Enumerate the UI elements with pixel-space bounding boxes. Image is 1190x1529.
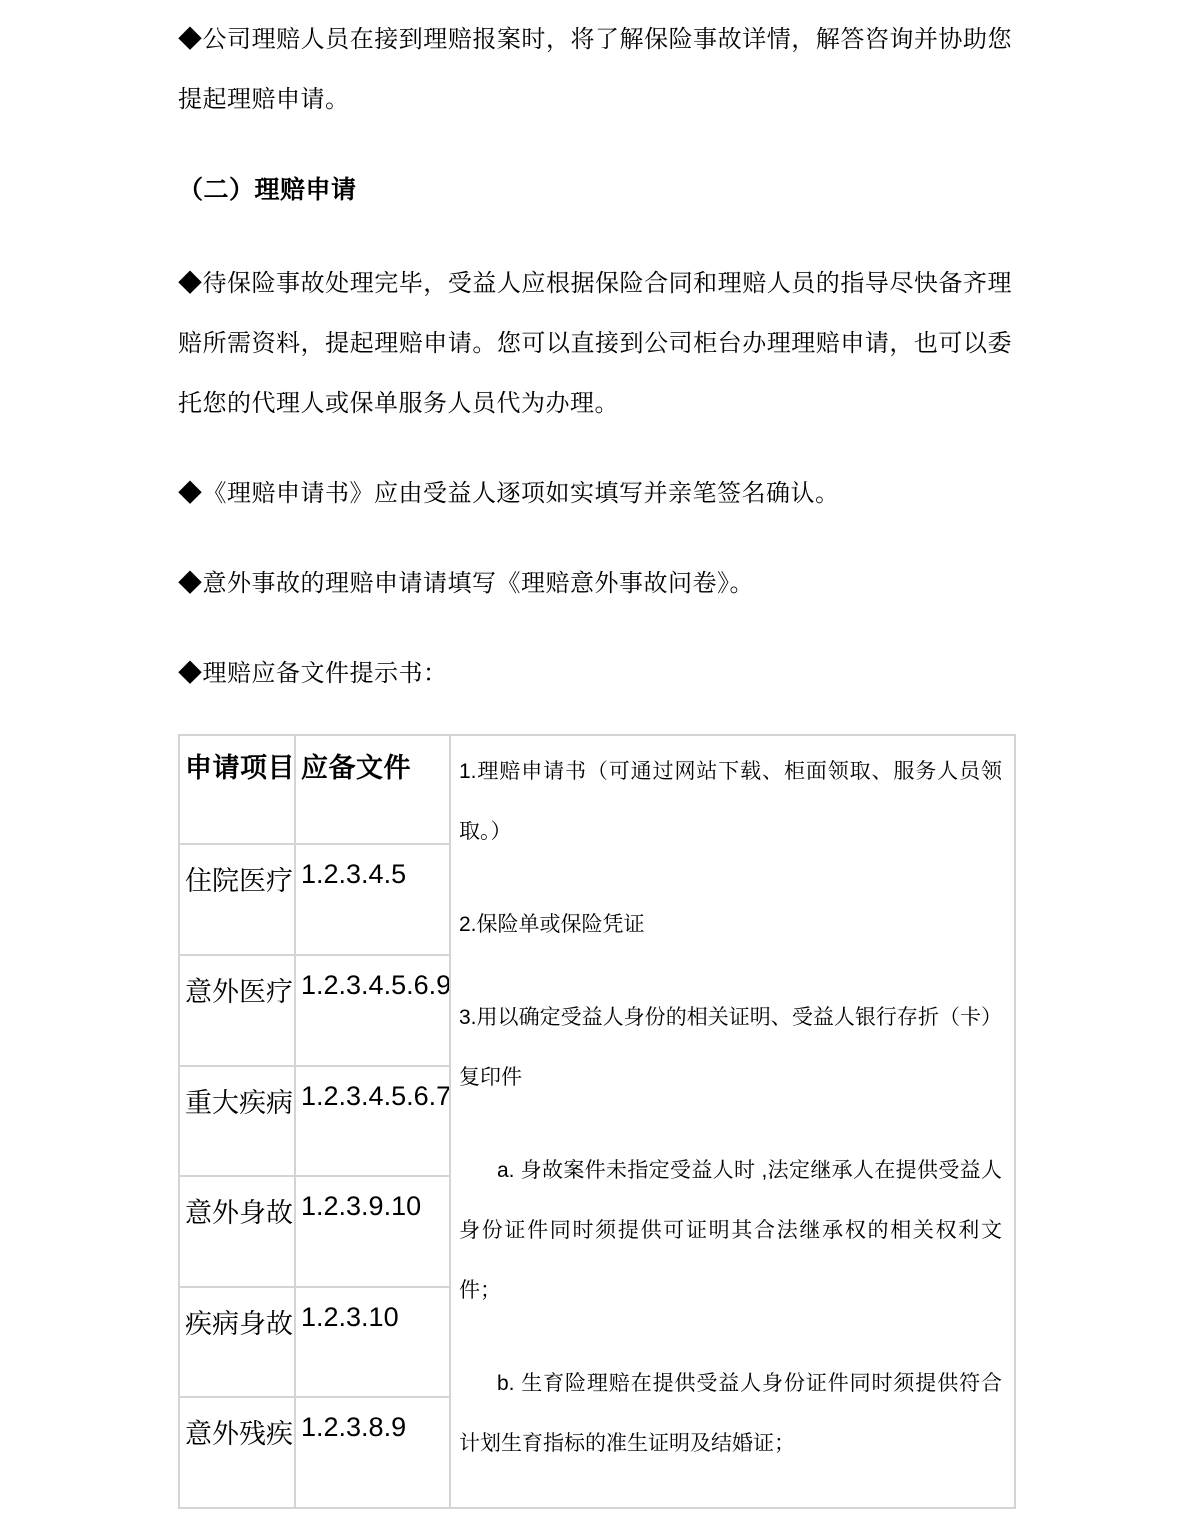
- paragraph-accident-questionnaire: ◆意外事故的理赔申请请填写《理赔意外事故问卷》。: [178, 554, 1012, 614]
- paragraph-claim-preparation: ◆待保险事故处理完毕，受益人应根据保险合同和理赔人员的指导尽快备齐理赔所需资料，…: [178, 254, 1012, 434]
- row-docs-value: 1.2.3.4.5: [295, 844, 450, 955]
- paragraph-claim-report-assist: ◆公司理赔人员在接到理赔报案时，将了解保险事故详情，解答咨询并协助您提起理赔申请…: [178, 10, 1012, 130]
- row-item-label: 意外医疗: [179, 955, 295, 1066]
- note-a-death-case: a. 身故案件未指定受益人时 ,法定继承人在提供受益人身份证件同时须提供可证明其…: [459, 1141, 1002, 1321]
- row-docs-value: 1.2.3.10: [295, 1287, 450, 1398]
- notes-merged-cell: 1.理赔申请书（可通过网站下载、柜面领取、服务人员领取。） 2.保险单或保险凭证…: [450, 735, 1015, 1508]
- row-docs-value: 1.2.3.4.5.6.7: [295, 1066, 450, 1177]
- section-heading-claim-application: （二）理赔申请: [178, 160, 1012, 220]
- column-header-required-documents: 应备文件: [295, 735, 450, 844]
- note-claim-form: 1.理赔申请书（可通过网站下载、柜面领取、服务人员领取。）: [459, 742, 1002, 862]
- note-policy-certificate: 2.保险单或保险凭证: [459, 895, 1002, 955]
- row-item-label: 重大疾病: [179, 1066, 295, 1177]
- document-page: ◆公司理赔人员在接到理赔报案时，将了解保险事故详情，解答咨询并协助您提起理赔申请…: [0, 0, 1190, 1529]
- row-docs-value: 1.2.3.9.10: [295, 1176, 450, 1287]
- row-item-label: 意外残疾: [179, 1397, 295, 1508]
- row-docs-value: 1.2.3.4.5.6.9: [295, 955, 450, 1066]
- row-docs-value: 1.2.3.8.9: [295, 1397, 450, 1508]
- note-b-maternity-insurance: b. 生育险理赔在提供受益人身份证件同时须提供符合计划生育指标的准生证明及结婚证…: [459, 1354, 1002, 1474]
- note-beneficiary-identity: 3.用以确定受益人身份的相关证明、受益人银行存折（卡）复印件: [459, 988, 1002, 1108]
- row-item-label: 意外身故: [179, 1176, 295, 1287]
- table-header-row: 申请项目 应备文件 1.理赔申请书（可通过网站下载、柜面领取、服务人员领取。） …: [179, 735, 1015, 844]
- row-item-label: 住院医疗: [179, 844, 295, 955]
- row-item-label: 疾病身故: [179, 1287, 295, 1398]
- column-header-application-item: 申请项目: [179, 735, 295, 844]
- paragraph-claim-form-signature: ◆《理赔申请书》应由受益人逐项如实填写并亲笔签名确认。: [178, 464, 1012, 524]
- paragraph-required-documents-notice: ◆理赔应备文件提示书：: [178, 644, 1012, 704]
